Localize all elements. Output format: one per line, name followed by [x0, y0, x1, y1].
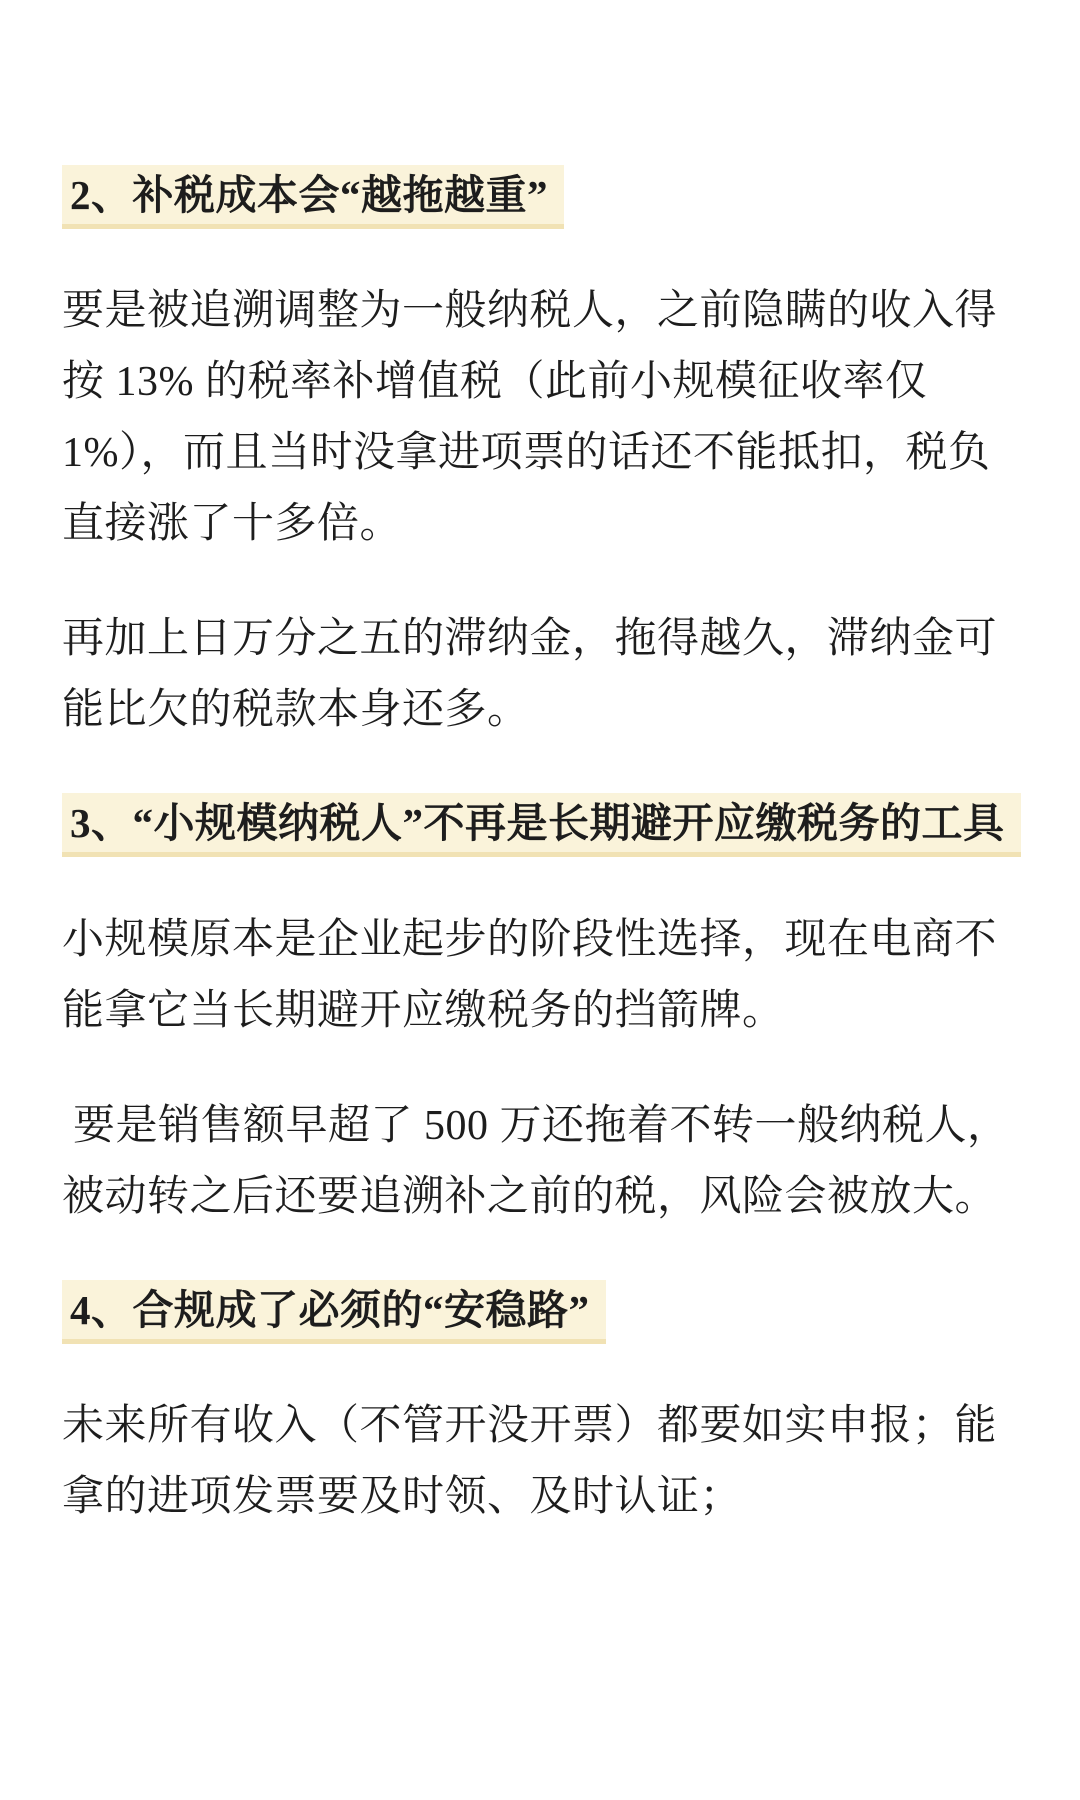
paragraph-small-scale-stage: 小规模原本是企业起步的阶段性选择，现在电商不能拿它当长期避开应缴税务的挡箭牌。	[62, 905, 1022, 1047]
heading-highlight: 4、合规成了必须的“安稳路”	[62, 1280, 606, 1344]
section-heading-2: 2、补税成本会“越拖越重”	[62, 162, 1022, 228]
heading-highlight: 3、“小规模纳税人”不再是长期避开应缴税务的工具	[62, 793, 1021, 857]
article: 2、补税成本会“越拖越重” 要是被追溯调整为一般纳税人，之前隐瞒的收入得按 13…	[62, 162, 1022, 1533]
paragraph-back-tax-cost: 要是被追溯调整为一般纳税人，之前隐瞒的收入得按 13% 的税率补增值税（此前小规…	[62, 276, 1022, 560]
paragraph-sales-threshold: 要是销售额早超了 500 万还拖着不转一般纳税人，被动转之后还要追溯补之前的税，…	[62, 1091, 1022, 1233]
section-heading-4: 4、合规成了必须的“安稳路”	[62, 1277, 1022, 1343]
paragraph-compliance: 未来所有收入（不管开没开票）都要如实申报；能拿的进项发票要及时领、及时认证；	[62, 1391, 1022, 1533]
text-card-page: 2、补税成本会“越拖越重” 要是被追溯调整为一般纳税人，之前隐瞒的收入得按 13…	[0, 0, 1080, 1800]
section-heading-3: 3、“小规模纳税人”不再是长期避开应缴税务的工具	[62, 790, 1022, 856]
paragraph-late-fee: 再加上日万分之五的滞纳金，拖得越久，滞纳金可能比欠的税款本身还多。	[62, 604, 1022, 746]
heading-highlight: 2、补税成本会“越拖越重”	[62, 165, 564, 229]
